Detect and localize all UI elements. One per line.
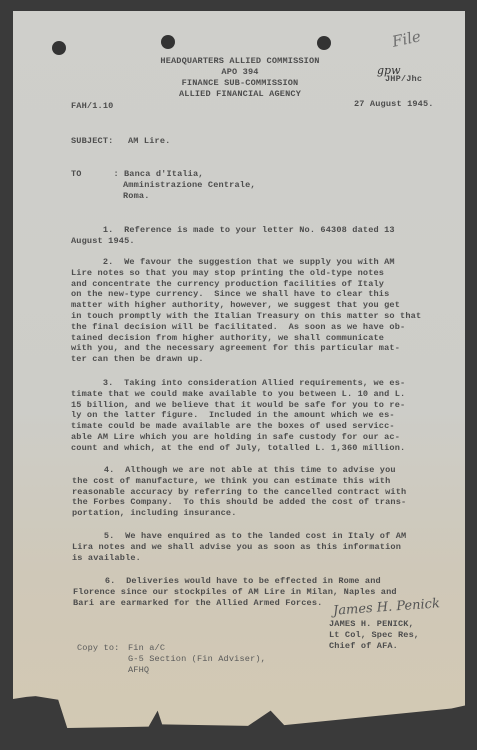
paragraph-5: 5. We have enquired as to the landed cos… xyxy=(72,531,406,563)
typist-initials: JHP/Jhc xyxy=(385,74,422,85)
signatory-name: JAMES H. PENICK, xyxy=(329,619,414,630)
signatory-title: Chief of AFA. xyxy=(329,641,398,652)
punch-hole xyxy=(52,41,66,55)
recipient-line-2: Amministrazione Centrale, xyxy=(123,180,256,191)
recipient-line-3: Roma. xyxy=(123,191,150,202)
recipient-line-1: Banca d'Italia, xyxy=(124,169,204,180)
paragraph-1: 1. Reference is made to your letter No. … xyxy=(71,225,395,247)
copy-to-line-3: AFHQ xyxy=(128,665,149,676)
subject-value: AM Lire. xyxy=(128,136,170,147)
file-reference: FAH/1.10 xyxy=(71,101,113,112)
copy-to-line-1: Fin a/C xyxy=(128,643,165,654)
letter-date: 27 August 1945. xyxy=(354,99,434,110)
paragraph-2: 2. We favour the suggestion that we supp… xyxy=(71,257,421,365)
punch-hole xyxy=(317,36,331,50)
paragraph-3: 3. Taking into consideration Allied requ… xyxy=(71,378,405,454)
to-label: TO : xyxy=(71,169,119,180)
copy-to-label: Copy to: xyxy=(77,643,119,654)
copy-to-line-2: G-5 Section (Fin Adviser), xyxy=(128,654,266,665)
paragraph-4: 4. Although we are not able at this time… xyxy=(72,465,406,519)
letterhead-line-1: HEADQUARTERS ALLIED COMMISSION xyxy=(140,56,340,67)
letterhead-line-3: FINANCE SUB-COMMISSION xyxy=(140,78,340,89)
letterhead-line-4: ALLIED FINANCIAL AGENCY xyxy=(140,89,340,100)
punch-hole xyxy=(161,35,175,49)
subject-label: SUBJECT: xyxy=(71,136,113,147)
signatory-rank: Lt Col, Spec Res, xyxy=(329,630,419,641)
letterhead-line-2: APO 394 xyxy=(140,67,340,78)
